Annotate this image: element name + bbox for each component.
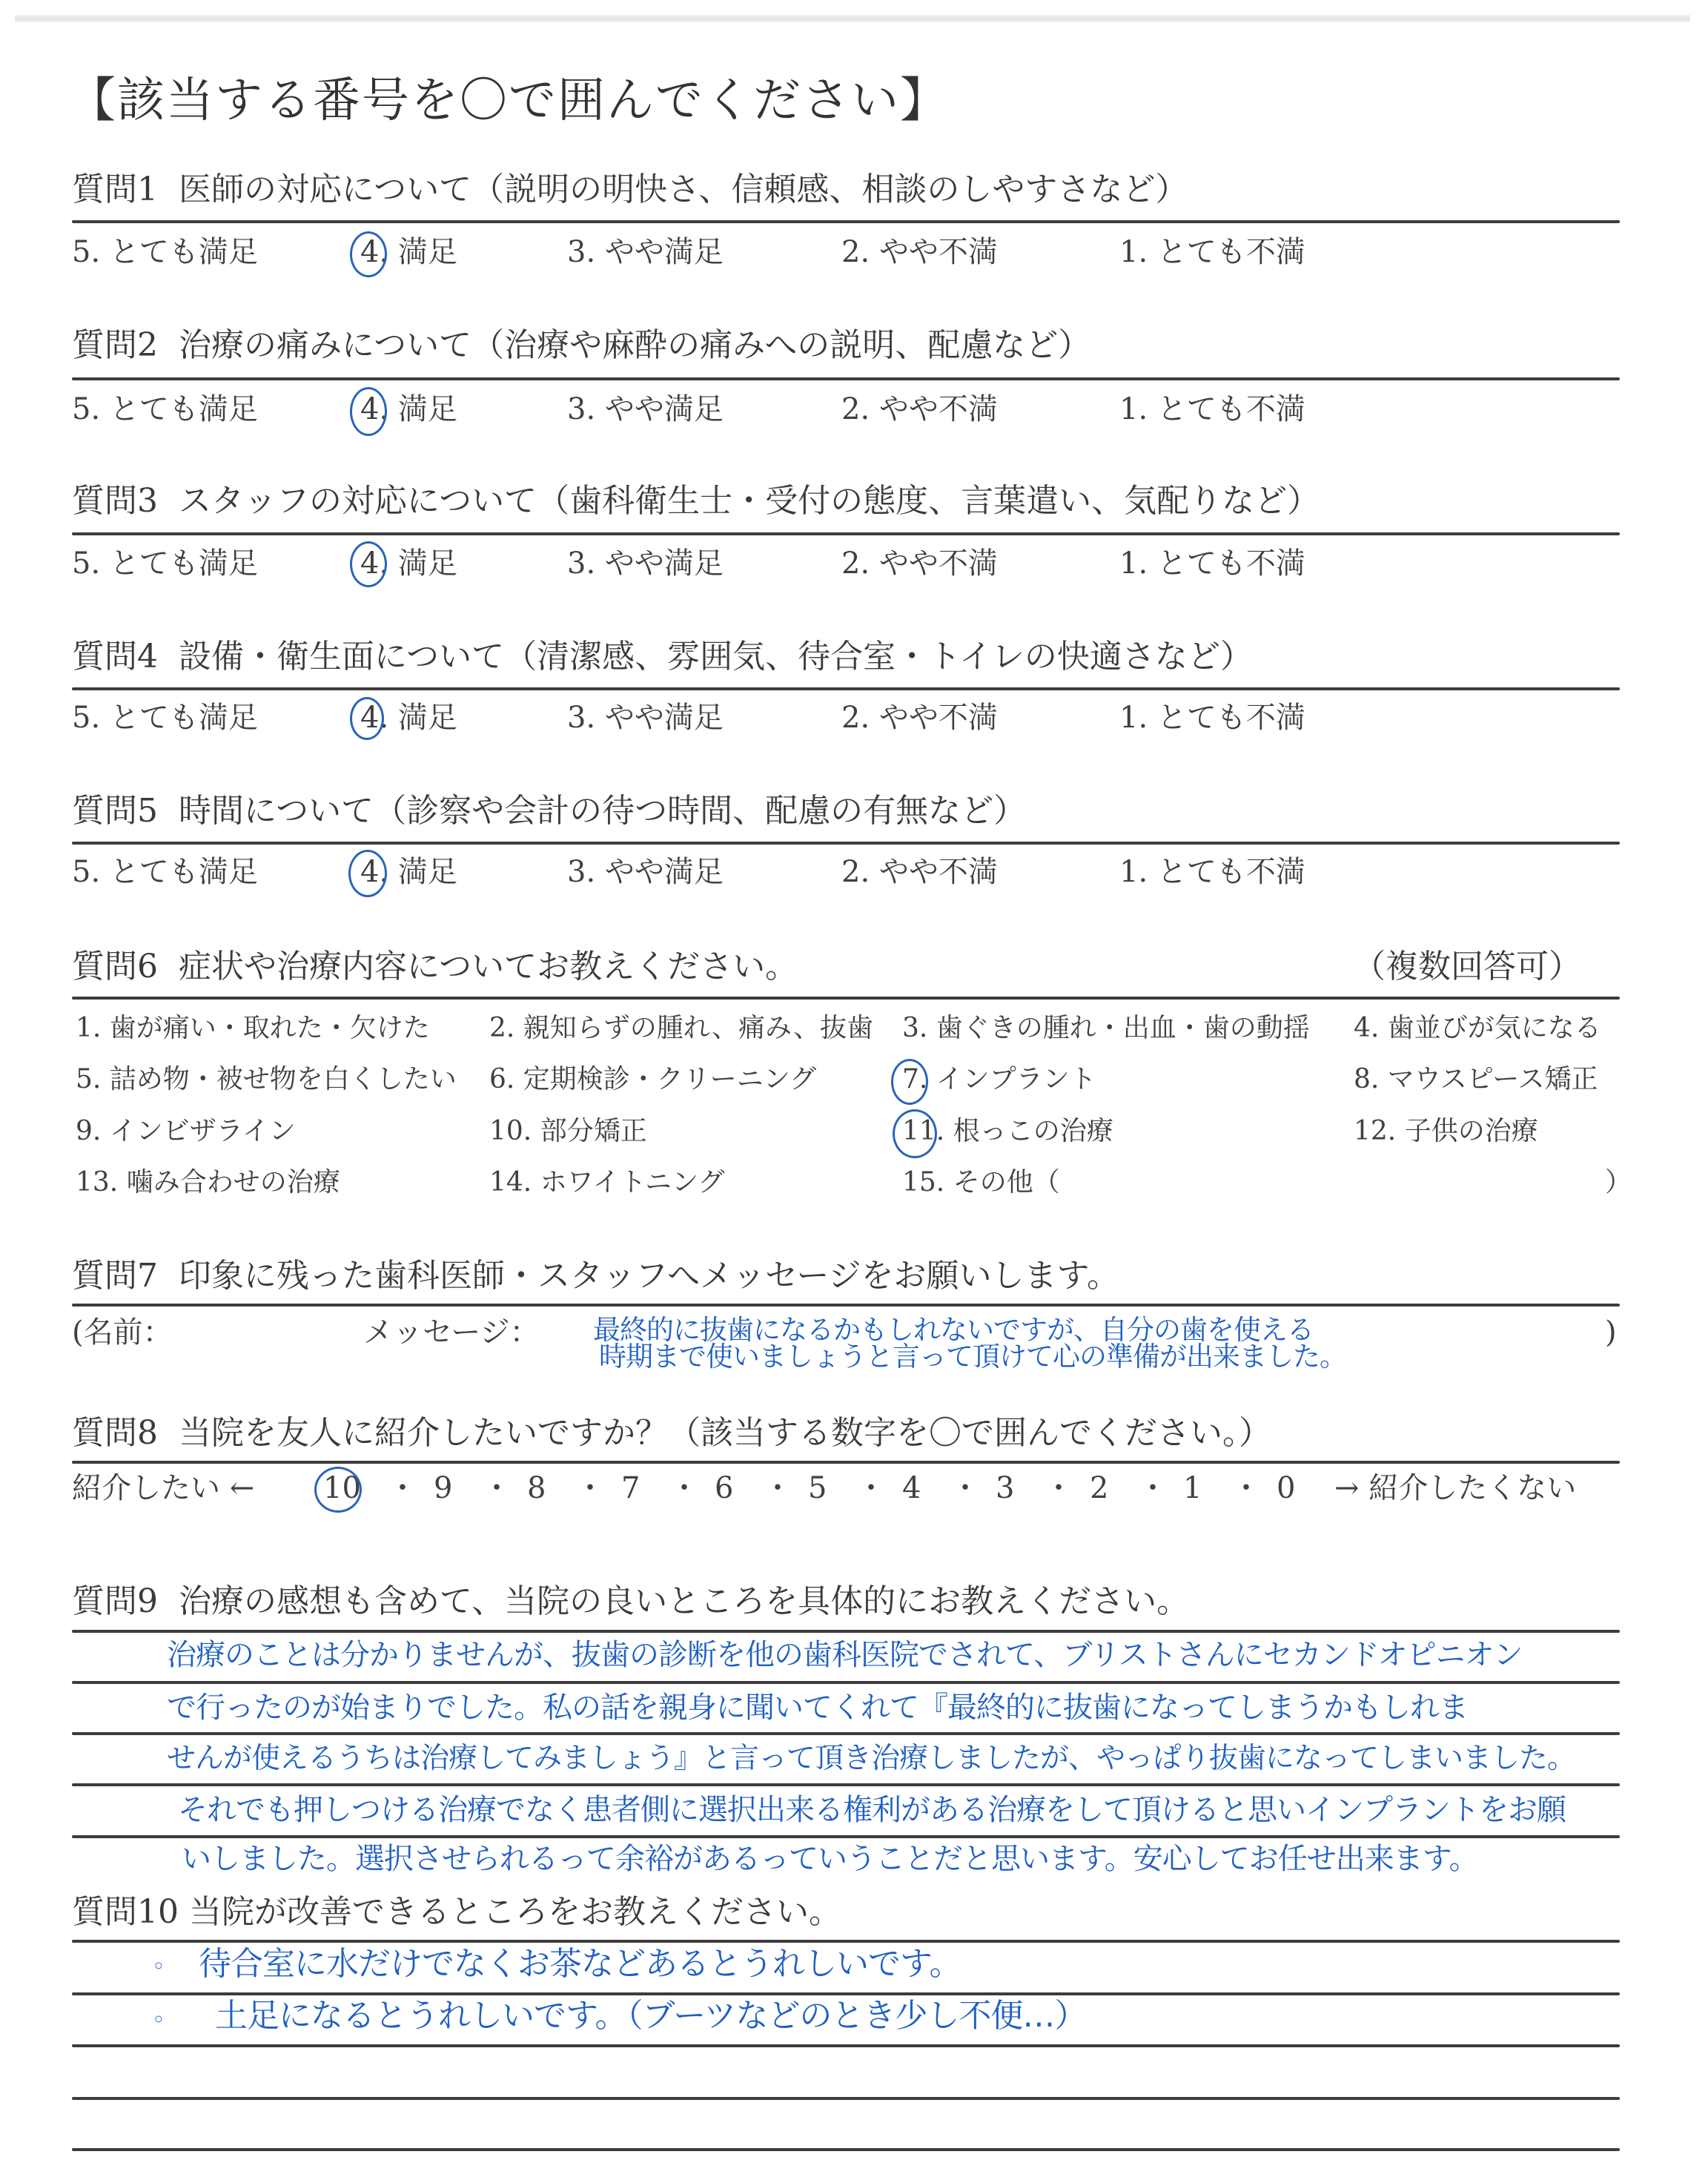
question-number: 質問7 xyxy=(72,1257,158,1295)
scale-separator: ・ xyxy=(1044,1470,1073,1507)
rating-option-1[interactable]: 1. とても不満 xyxy=(1119,699,1305,736)
question-rule xyxy=(72,1304,1620,1307)
rating-option-2[interactable]: 2. やや不満 xyxy=(841,853,998,891)
handwritten-answer-line-4: それでも押しつける治療でなく患者側に選択出来る権利がある治療をして頂けると思いイ… xyxy=(178,1790,1566,1830)
symptom-option-14[interactable]: 14. ホワイトニング xyxy=(489,1166,724,1200)
question-rule xyxy=(72,842,1620,845)
rating-option-2[interactable]: 2. やや不満 xyxy=(841,234,998,271)
question-8-heading: 質問8 当院を友人に紹介したいですか？（該当する数字を〇で囲んでください。） xyxy=(72,1413,1271,1454)
answer-rule xyxy=(72,1992,1620,1995)
selected-circle-mark xyxy=(891,1059,928,1105)
other-closing-paren: ） xyxy=(1605,1166,1632,1200)
selected-circle-mark xyxy=(350,541,387,587)
symptom-option-13[interactable]: 13. 噛み合わせの治療 xyxy=(76,1166,340,1200)
selected-circle-mark xyxy=(350,231,387,277)
scale-separator: ・ xyxy=(856,1470,886,1507)
selected-circle-mark xyxy=(350,387,387,436)
rating-option-3[interactable]: 3. やや満足 xyxy=(567,391,724,428)
multiple-answer-note: （複数回答可） xyxy=(1353,946,1581,988)
scan-top-edge xyxy=(15,15,1690,22)
answer-rule xyxy=(72,1681,1620,1684)
rating-option-3[interactable]: 3. やや満足 xyxy=(567,234,724,271)
rating-option-5[interactable]: 5. とても満足 xyxy=(72,699,258,736)
scale-1[interactable]: 1 xyxy=(1183,1470,1202,1507)
question-text: スタッフの対応について（歯科衛生士・受付の態度、言葉遣い、気配りなど） xyxy=(179,482,1320,520)
answer-rule xyxy=(72,1783,1620,1786)
handwritten-answer-line-1: 治療のことは分かりませんが、抜歯の診断を他の歯科医院でされて、ブリストさんにセカ… xyxy=(167,1635,1523,1675)
answer-rule xyxy=(72,1630,1620,1633)
question-text: 印象に残った歯科医師・スタッフへメッセージをお願いします。 xyxy=(179,1257,1119,1295)
handwritten-message-line-1: 最終的に抜歯になるかもしれないですが、自分の歯を使える xyxy=(593,1317,1314,1344)
handwritten-improvement-2: 土足になるとうれしいです。（ブーツなどのとき少し不便…） xyxy=(215,1996,1086,2036)
page-title: 【該当する番号を〇で囲んでください】 xyxy=(68,71,949,131)
question-3-heading: 質問3 スタッフの対応について（歯科衛生士・受付の態度、言葉遣い、気配りなど） xyxy=(72,480,1320,522)
handwritten-message-line-2: 時期まで使いましょうと言って頂けて心の準備が出来ました。 xyxy=(599,1344,1346,1370)
question-number: 質問9 xyxy=(72,1582,158,1620)
scale-5[interactable]: 5 xyxy=(808,1470,827,1507)
question-7-heading: 質問7 印象に残った歯科医師・スタッフへメッセージをお願いします。 xyxy=(72,1255,1119,1297)
question-1-heading: 質問1 医師の対応について（説明の明快さ、信頼感、相談のしやすさなど） xyxy=(72,169,1188,211)
scale-3[interactable]: 3 xyxy=(996,1470,1014,1507)
rating-option-3[interactable]: 3. やや満足 xyxy=(567,545,724,582)
symptom-option-7[interactable]: 7. インプラント xyxy=(902,1063,1096,1097)
selected-circle-mark xyxy=(350,697,384,740)
rating-option-2[interactable]: 2. やや不満 xyxy=(841,391,998,428)
symptom-option-5[interactable]: 5. 詰め物・被せ物を白くしたい xyxy=(76,1063,457,1097)
rating-option-1[interactable]: 1. とても不満 xyxy=(1119,391,1305,428)
question-2-heading: 質問2 治療の痛みについて（治療や麻酔の痛みへの説明、配慮など） xyxy=(72,325,1090,366)
question-number: 質問8 xyxy=(72,1414,158,1452)
scale-6[interactable]: 6 xyxy=(715,1470,733,1507)
symptom-option-8[interactable]: 8. マウスピース矯正 xyxy=(1354,1063,1598,1097)
scale-4[interactable]: 4 xyxy=(902,1470,921,1507)
question-text: 時間について（診察や会計の待つ時間、配慮の有無など） xyxy=(179,792,1026,830)
handwritten-answer-line-2: で行ったのが始まりでした。私の話を親身に聞いてくれて『最終的に抜歯になってしまう… xyxy=(167,1688,1468,1728)
scale-separator: ・ xyxy=(388,1470,417,1507)
rating-option-5[interactable]: 5. とても満足 xyxy=(72,853,258,891)
bullet-icon: ◦ xyxy=(152,2001,165,2041)
rating-option-5[interactable]: 5. とても満足 xyxy=(72,391,258,428)
rating-option-2[interactable]: 2. やや不満 xyxy=(841,545,998,582)
question-rule xyxy=(72,997,1620,1000)
scale-2[interactable]: 2 xyxy=(1090,1470,1108,1507)
rating-option-3[interactable]: 3. やや満足 xyxy=(567,853,724,891)
rating-option-2[interactable]: 2. やや不満 xyxy=(841,699,998,736)
answer-rule xyxy=(72,1835,1620,1838)
scale-separator: ・ xyxy=(575,1470,605,1507)
answer-rule xyxy=(72,2148,1620,2151)
rating-option-1[interactable]: 1. とても不満 xyxy=(1119,853,1305,891)
rating-option-1[interactable]: 1. とても不満 xyxy=(1119,545,1305,582)
question-text: 症状や治療内容についてお教えください。 xyxy=(179,948,798,985)
question-9-heading: 質問9 治療の感想も含めて、当院の良いところを具体的にお教えください。 xyxy=(72,1581,1189,1622)
scale-8[interactable]: 8 xyxy=(527,1470,546,1507)
handwritten-answer-line-5: いしました。選択させられるって余裕があるっていうことだと思います。安心してお任せ… xyxy=(182,1839,1478,1879)
symptom-option-9[interactable]: 9. インビザライン xyxy=(76,1114,296,1149)
scale-separator: ・ xyxy=(482,1470,512,1507)
question-text: 治療の痛みについて（治療や麻酔の痛みへの説明、配慮など） xyxy=(179,326,1090,364)
handwritten-answer-line-3: せんが使えるうちは治療してみましょう』と言って頂き治療しましたが、やっぱり抜歯に… xyxy=(167,1739,1575,1779)
rating-option-1[interactable]: 1. とても不満 xyxy=(1119,234,1305,271)
scale-separator: ・ xyxy=(1231,1470,1261,1507)
closing-paren: ) xyxy=(1605,1314,1617,1351)
symptom-option-4[interactable]: 4. 歯並びが気になる xyxy=(1354,1011,1601,1046)
scale-separator: ・ xyxy=(950,1470,980,1507)
question-text: 治療の感想も含めて、当院の良いところを具体的にお教えください。 xyxy=(179,1582,1189,1620)
question-number: 質問6 xyxy=(72,948,158,985)
scale-7[interactable]: 7 xyxy=(621,1470,640,1507)
bullet-icon: ◦ xyxy=(152,1947,165,1987)
answer-rule xyxy=(72,1940,1620,1943)
scale-separator: ・ xyxy=(669,1470,699,1507)
rating-option-5[interactable]: 5. とても満足 xyxy=(72,545,258,582)
question-10-heading: 質問10 当院が改善できるところをお教えください。 xyxy=(72,1892,841,1933)
question-text: 医師の対応について（説明の明快さ、信頼感、相談のしやすさなど） xyxy=(179,171,1188,208)
message-label: メッセージ： xyxy=(363,1314,540,1351)
scale-0[interactable]: 0 xyxy=(1277,1470,1295,1507)
question-6-heading: 質問6 症状や治療内容についてお教えください。 xyxy=(72,946,798,988)
selected-circle-mark xyxy=(348,850,387,897)
recommend-left-label: 紹介したい ← xyxy=(72,1470,254,1507)
question-4-heading: 質問4 設備・衛生面について（清潔感、雰囲気、待合室・トイレの快適さなど） xyxy=(72,636,1253,678)
scale-separator: ・ xyxy=(763,1470,792,1507)
question-text: 当院を友人に紹介したいですか？（該当する数字を〇で囲んでください。） xyxy=(179,1414,1271,1452)
symptom-option-15[interactable]: 15. その他（ xyxy=(902,1166,1060,1200)
question-rule xyxy=(72,377,1620,380)
question-number: 質問10 xyxy=(72,1893,179,1931)
symptom-option-12[interactable]: 12. 子供の治療 xyxy=(1354,1114,1538,1149)
question-rule xyxy=(72,687,1620,690)
question-number: 質問5 xyxy=(72,792,158,830)
symptom-option-3[interactable]: 3. 歯ぐきの腫れ・出血・歯の動揺 xyxy=(902,1011,1310,1046)
question-rule xyxy=(72,532,1620,535)
selected-circle-mark xyxy=(893,1109,937,1158)
selected-circle-mark xyxy=(314,1467,362,1513)
question-number: 質問3 xyxy=(72,482,158,520)
answer-rule xyxy=(72,1732,1620,1735)
rating-option-3[interactable]: 3. やや満足 xyxy=(567,699,724,736)
scale-separator: ・ xyxy=(1138,1470,1168,1507)
question-text: 設備・衛生面について（清潔感、雰囲気、待合室・トイレの快適さなど） xyxy=(179,638,1253,676)
symptom-option-1[interactable]: 1. 歯が痛い・取れた・欠けた xyxy=(76,1011,430,1046)
symptom-option-6[interactable]: 6. 定期検診・クリーニング xyxy=(489,1063,816,1097)
name-label: (名前： xyxy=(72,1314,173,1351)
rating-option-5[interactable]: 5. とても満足 xyxy=(72,234,258,271)
question-rule xyxy=(72,1461,1620,1464)
symptom-option-10[interactable]: 10. 部分矯正 xyxy=(489,1114,647,1149)
question-number: 質問4 xyxy=(72,638,158,676)
question-text: 当院が改善できるところをお教えください。 xyxy=(189,1893,841,1931)
question-number: 質問2 xyxy=(72,326,158,364)
recommend-right-label: → 紹介したくない xyxy=(1334,1470,1576,1507)
answer-rule xyxy=(72,2044,1620,2047)
symptom-option-2[interactable]: 2. 親知らずの腫れ、痛み、抜歯 xyxy=(489,1011,873,1046)
answer-rule xyxy=(72,2097,1620,2100)
question-number: 質問1 xyxy=(72,171,158,208)
question-5-heading: 質問5 時間について（診察や会計の待つ時間、配慮の有無など） xyxy=(72,790,1026,832)
scale-9[interactable]: 9 xyxy=(434,1470,452,1507)
question-rule xyxy=(72,220,1620,223)
handwritten-improvement-1: 待合室に水だけでなくお茶などあるとうれしいです。 xyxy=(199,1944,961,1984)
